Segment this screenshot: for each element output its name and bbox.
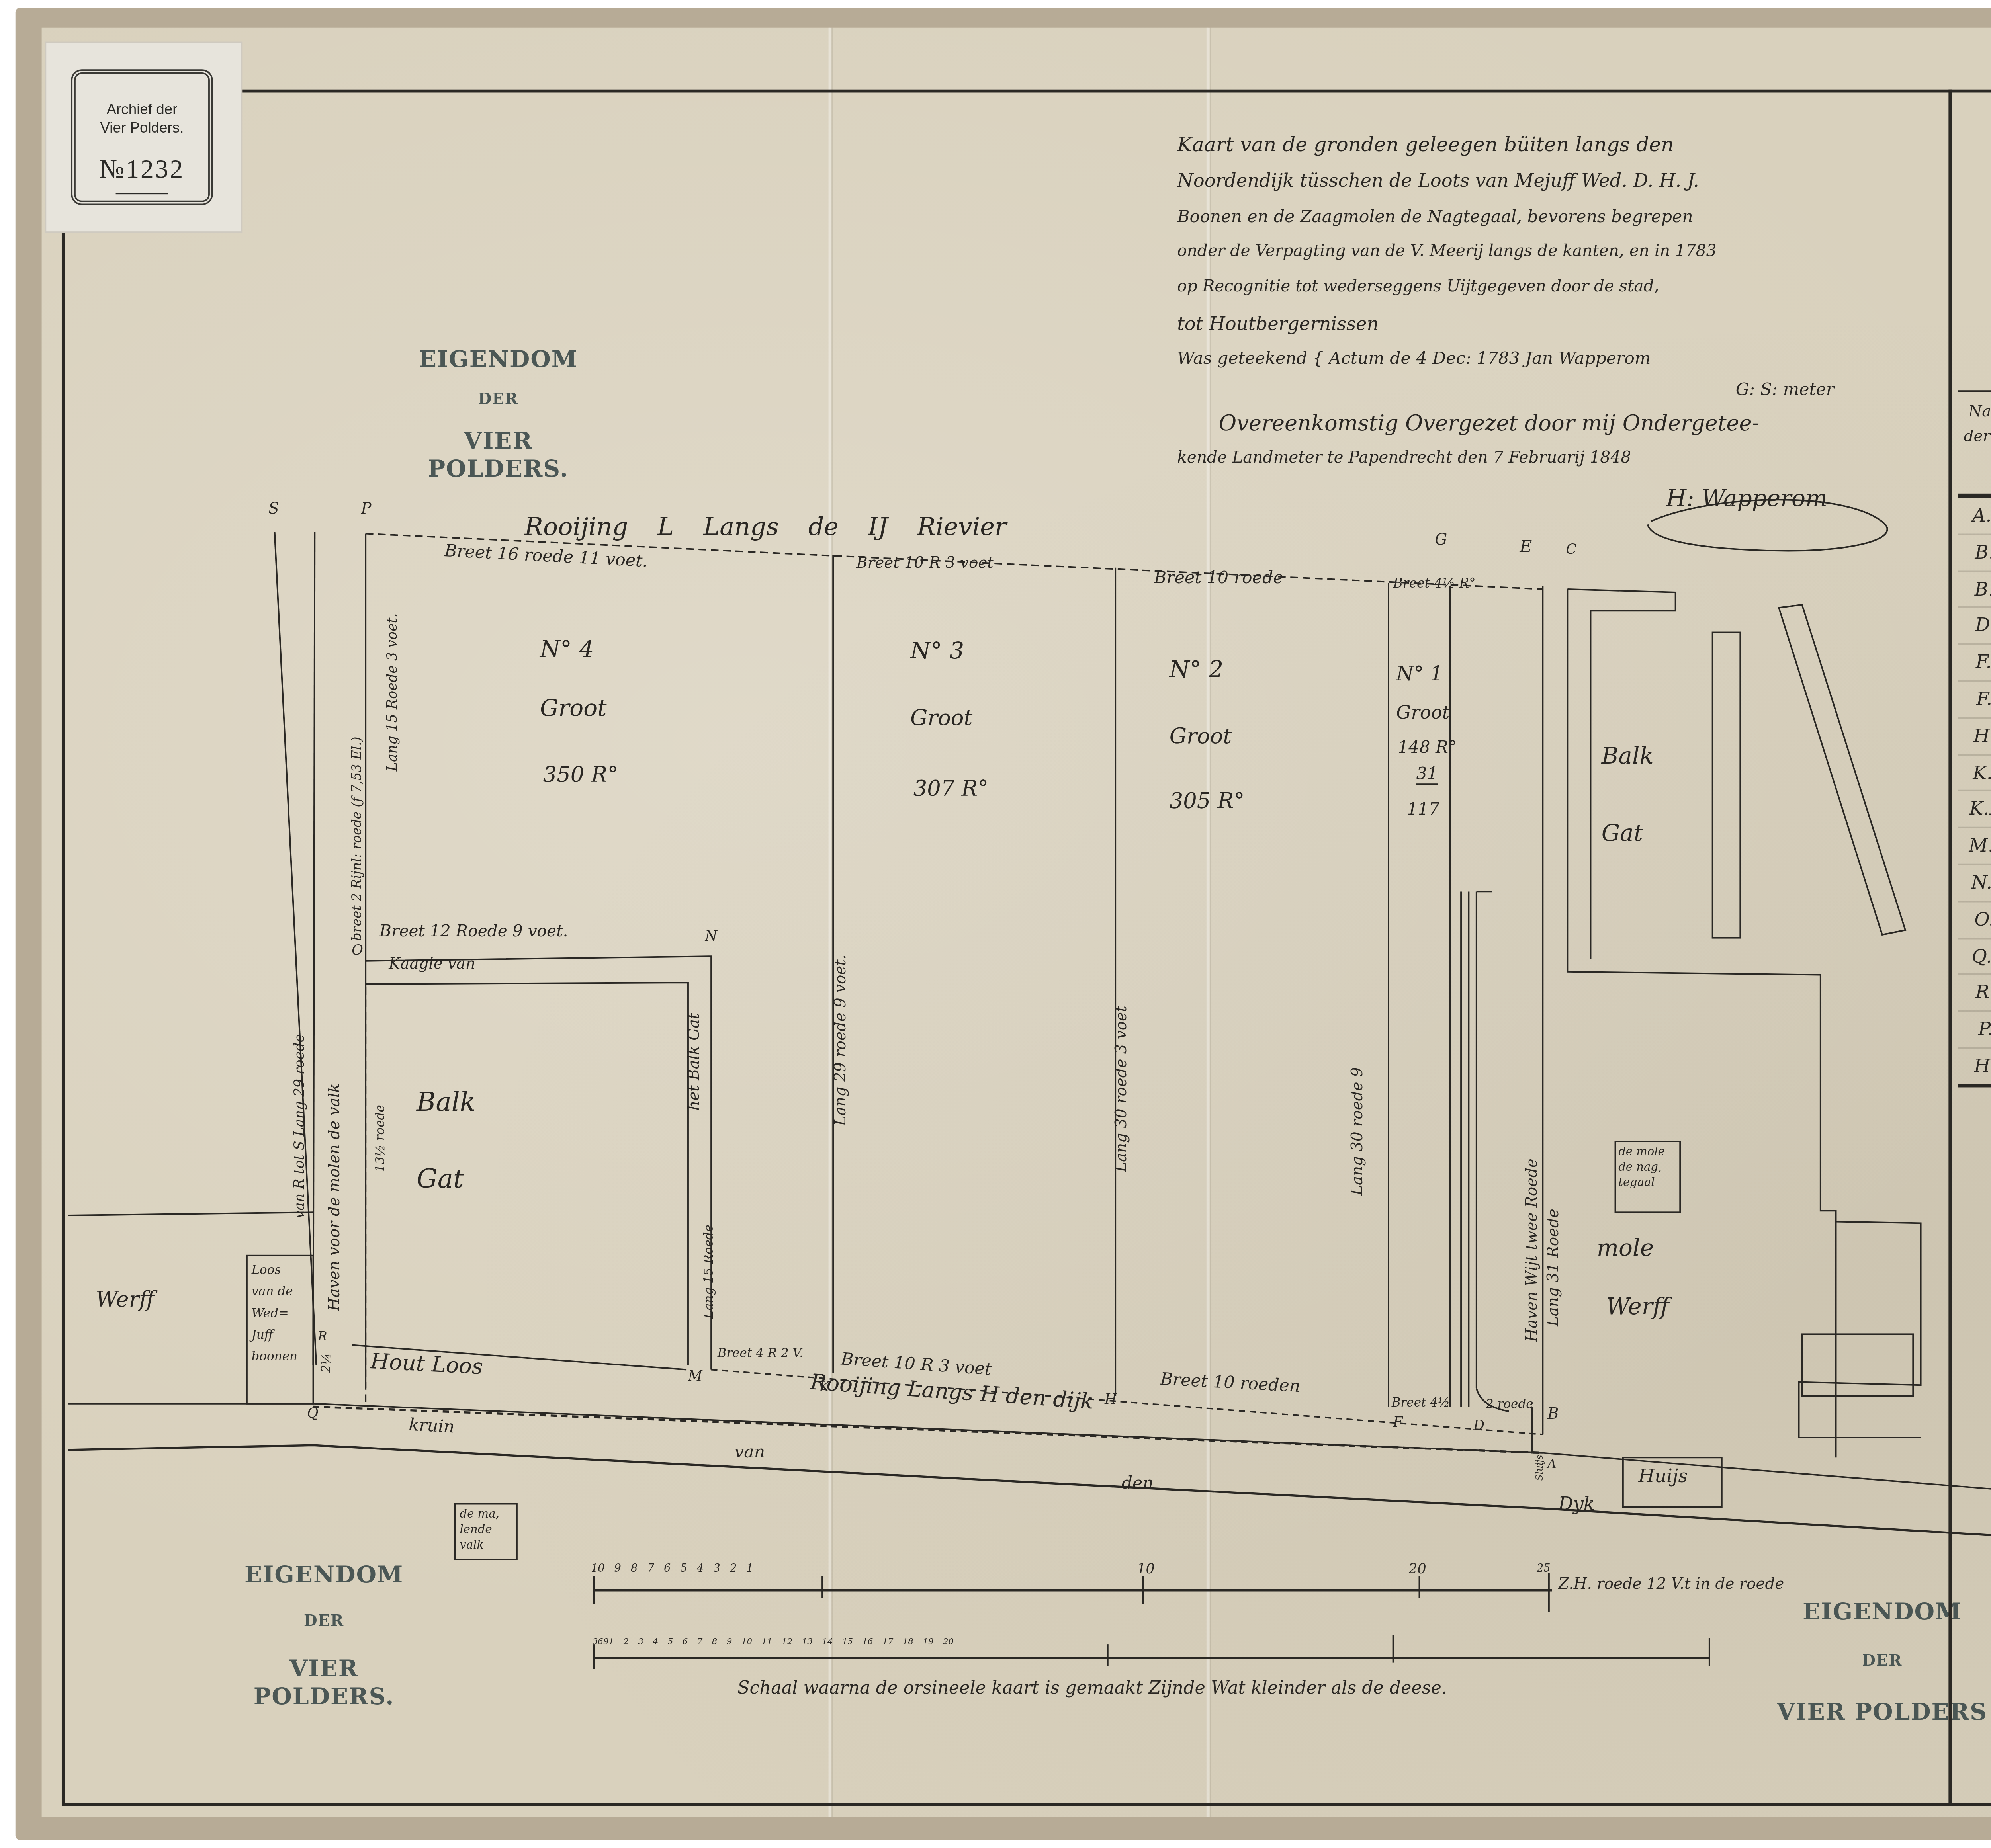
point-letter: P <box>361 501 372 518</box>
tick-label: 15 <box>842 1638 853 1647</box>
valk-line: valk <box>460 1538 499 1553</box>
plot-4-area: 350 R° <box>543 764 618 788</box>
balk-word: Balk <box>417 1064 476 1141</box>
table-row: D.F46178” <box>1958 608 1991 645</box>
table-row: P.L16116691 <box>1958 1012 1991 1049</box>
werff-word: Werff <box>1606 1277 1669 1336</box>
cell-lijn: D.F <box>1958 608 1991 643</box>
tick-label: 6 <box>598 1638 603 1647</box>
conversion-table: Herleiding der Ingeschreven maten Van de… <box>1948 90 1991 1806</box>
point-letter: Q <box>307 1407 319 1422</box>
scale-caption: Schaal waarna de orsineele kaart is gema… <box>737 1676 1447 1698</box>
conversion-table-grid: Naam der lijn Zuid Hollandsch R° voet Ne… <box>1958 390 1991 1087</box>
breet-2-rijnl-label: breet 2 Rijnl: roede (ƒ 7,53 El.) <box>350 736 366 941</box>
plot-4-number: N° 4 <box>540 635 594 663</box>
point-letter: F <box>1393 1416 1403 1432</box>
title-line: Van deze kaart <box>1952 240 1991 274</box>
kaagie-label: Kaagie van <box>389 956 475 973</box>
plot-3-lengte: Lang 29 roede 9 voet. <box>833 955 850 1126</box>
point-letter: K <box>819 1381 829 1396</box>
tick-label: 8 <box>712 1638 718 1647</box>
balk-word: Balk <box>1602 717 1654 795</box>
road-den-label: den <box>1122 1473 1154 1493</box>
plot-2-groot: Groot <box>1170 725 1232 750</box>
cell-lijn: B.C <box>1958 535 1991 570</box>
point-letter: E <box>1520 537 1532 557</box>
loos-line: Loos <box>252 1260 297 1281</box>
loos-line: boonen <box>252 1346 297 1368</box>
title-line: als van <box>1952 275 1991 303</box>
cell-lijn: K.L. <box>1958 755 1991 790</box>
cell-lijn: O.P. <box>1958 902 1991 937</box>
mole-word: mole <box>1597 1219 1669 1277</box>
cell-lijn: P.L <box>1958 1012 1991 1047</box>
table-row: O.P.1536033 <box>1958 902 1991 939</box>
table-row: F.G30912164 <box>1958 682 1991 718</box>
cell-lijn: H:K <box>1958 719 1991 754</box>
tick-label: 6 <box>664 1563 671 1575</box>
table-row: K.M.421648 <box>1958 792 1991 828</box>
loos-line: Wed= <box>252 1303 297 1325</box>
two-quarter-label: 2¼ <box>319 1353 333 1373</box>
plot-2-number: N° 2 <box>1170 656 1223 684</box>
tick-label: 20 <box>1408 1563 1426 1578</box>
tick-label: 10 <box>741 1638 752 1647</box>
tick-label: 14 <box>822 1638 833 1647</box>
het-balk-gat-label: het Balk Gat <box>686 1013 704 1110</box>
point-letter: B <box>1547 1407 1559 1424</box>
breet-12-label: Breet 12 Roede 9 voet. <box>379 922 568 941</box>
plot-3-breedte: Breet 10 R 3 voet <box>856 555 994 572</box>
table-row: N.O.1295043 <box>1958 865 1991 902</box>
point-letter: N <box>705 930 718 945</box>
tick-label: 10 <box>1137 1563 1154 1578</box>
plot-4-groot: Groot <box>540 694 607 722</box>
map-sheet: Archief der Vier Polders. №1232 Kaart va… <box>0 0 1991 1848</box>
tick-label: 4 <box>653 1638 659 1647</box>
conversion-table-title: Herleiding der Ingeschreven maten Van de… <box>1952 90 1991 303</box>
tick-label: 10 <box>591 1563 605 1575</box>
huijs-label: Huijs <box>1639 1465 1688 1487</box>
sluijs-label: Sluijs <box>1535 1455 1546 1481</box>
point-letter: M <box>688 1369 702 1385</box>
tick-label: 13 <box>802 1638 813 1647</box>
table-row: B.D2”791 <box>1958 572 1991 608</box>
tick-label: 12 <box>782 1638 792 1647</box>
tick-label: 2 <box>623 1638 629 1647</box>
scale-bar-1-caption: Z.H. roede 12 V.t in de roede <box>1558 1576 1784 1594</box>
cell-lijn: A.B. <box>1958 498 1991 533</box>
balk-gat-left-label: Balk Gat <box>417 1064 476 1218</box>
werff-left-label: Werff <box>96 1288 155 1313</box>
loos-wed-boonen-label: Loos van de Wed= Juff boonen <box>252 1260 297 1368</box>
loos-line: Juff <box>252 1325 297 1346</box>
cell-lijn: Q.R. <box>1958 939 1991 974</box>
tick-label: 7 <box>647 1563 654 1575</box>
twee-roede-label: 2 roede <box>1486 1397 1533 1411</box>
table-body: A.B.23890 B.C31”12263 B.D2”791 D.F46178”… <box>1958 498 1991 1087</box>
cell-lijn: K.M. <box>1958 792 1991 827</box>
breet-4r-label: Breet 4 R 2 V. <box>718 1346 804 1360</box>
scale-bar-2-ticks: 3691 2 3 4 5 6 7 8 9 10 11 12 13 14 15 1… <box>593 1638 954 1647</box>
tick-label: 19 <box>923 1638 933 1647</box>
van-r-tot-s-label: van R tot S Lang 29 roede <box>293 1034 309 1219</box>
header-naam-der-lijn: Naam der lijn <box>1958 392 1991 494</box>
tick-label: 1 <box>746 1563 753 1575</box>
de-malende-valk-label: de ma, lende valk <box>460 1507 499 1553</box>
table-row: R.S29”1147” <box>1958 975 1991 1012</box>
point-letter: S <box>268 501 279 518</box>
plot-1-area: 148 R° <box>1398 737 1457 757</box>
table-row: F.H103956 <box>1958 645 1991 682</box>
haven-voor-de-molen-label: Haven voor de molen de valk <box>327 1083 344 1311</box>
point-letter: A <box>1547 1457 1556 1471</box>
tick-label: 18 <box>903 1638 913 1647</box>
title-line: Herleiding <box>1952 133 1991 179</box>
plot-3-number: N° 3 <box>910 637 964 665</box>
point-letter: O <box>352 944 363 959</box>
plot-3-groot: Groot <box>910 706 972 731</box>
scale-bars <box>594 1573 1709 1669</box>
tick-label: 5 <box>680 1563 687 1575</box>
tick-label: 9 <box>614 1563 621 1575</box>
plot-1-number: N° 1 <box>1396 663 1443 686</box>
point-letter: G <box>1435 532 1447 549</box>
lang-31-label: Lang 31 Roede <box>1546 1209 1563 1326</box>
table-header: Naam der lijn Zuid Hollandsch R° voet Ne… <box>1958 390 1991 498</box>
cell-lijn: M.N. <box>1958 828 1991 863</box>
plot-1-groot: Groot <box>1396 702 1449 723</box>
title-line: maten <box>1952 207 1991 240</box>
gat-word: Gat <box>1602 794 1654 871</box>
plot-2-lengte: Lang 30 roede 3 voet <box>1114 1006 1131 1172</box>
title-line: der Ingeschreven <box>1952 176 1991 207</box>
gat-word: Gat <box>417 1141 476 1219</box>
haven-wijt-label: Haven Wijt twee Roede <box>1524 1158 1541 1342</box>
plot-1-area-net: 117 <box>1407 799 1439 819</box>
map-linework <box>0 0 1991 1848</box>
plot-1-breedte: Breet 4½ R° <box>1393 577 1476 592</box>
loos-line: van de <box>252 1282 297 1303</box>
table-row: B.C31”12263 <box>1958 535 1991 572</box>
dertien-roede-label: 13½ roede <box>374 1105 387 1172</box>
mill-line: tegaal <box>1618 1175 1665 1191</box>
tick-label: 20 <box>943 1638 954 1647</box>
tick-label: 6 <box>683 1638 688 1647</box>
tick-label: 11 <box>762 1638 773 1647</box>
lang-15-label: Lang 15 Roede <box>702 1225 716 1319</box>
kruin-label: kruin <box>408 1415 455 1437</box>
tick-label: 9 <box>603 1638 609 1647</box>
tick-label: 5 <box>668 1638 673 1647</box>
table-row: M.N.15”5934 <box>1958 828 1991 865</box>
table-row: K.L.29911768 <box>1958 755 1991 792</box>
plot-2-area: 305 R° <box>1170 790 1245 815</box>
point-letter: H <box>1105 1393 1117 1408</box>
plot-2-breedte: Breet 10 roede <box>1154 568 1283 588</box>
table-row: A.B.23890 <box>1958 498 1991 535</box>
tick-label: 3 <box>593 1638 598 1647</box>
tick-label: 9 <box>727 1638 732 1647</box>
tick-label: 1 <box>608 1638 614 1647</box>
mill-line: de nag, <box>1618 1160 1665 1176</box>
valk-line: lende <box>460 1522 499 1538</box>
tick-label: 16 <box>863 1638 873 1647</box>
cell-lijn: B.D <box>1958 572 1991 607</box>
tick-label: 3 <box>713 1563 720 1575</box>
breet-4half-label: Breet 4½ <box>1392 1396 1450 1410</box>
table-row: H:K1034054 <box>1958 719 1991 755</box>
plot-3-area: 307 R° <box>913 777 989 802</box>
tick-label: 7 <box>697 1638 703 1647</box>
tick-label: 25 <box>1537 1563 1551 1575</box>
cell-lijn: N.O. <box>1958 865 1991 900</box>
tick-label: 2 <box>730 1563 737 1575</box>
cell-lijn: H.I. <box>1958 1049 1991 1084</box>
tick-label: 17 <box>882 1638 893 1647</box>
road-van-label: van <box>734 1442 765 1462</box>
cell-lijn: R.S <box>1958 975 1991 1010</box>
point-letter: D <box>1473 1419 1484 1434</box>
tick-label: 8 <box>631 1563 638 1575</box>
river-rooijing-label: Rooijing L Langs de IJ Rievier <box>524 512 1006 541</box>
mole-werff-label: mole Werff <box>1597 1219 1669 1336</box>
point-letter: R <box>318 1330 327 1344</box>
cell-lijn: F.H <box>1958 645 1991 680</box>
scale-bar-1-minor-ticks: 10 9 8 7 6 5 4 3 2 1 <box>591 1563 753 1575</box>
plot-4-lengte: Lang 15 Roede 3 voet. <box>386 613 401 771</box>
de-mole-nagtegaal-label: de mole de nag, tegaal <box>1618 1145 1665 1191</box>
tick-label: 3 <box>638 1638 644 1647</box>
point-letter: C <box>1566 543 1577 559</box>
plot-1-area-deduction: 31 <box>1416 764 1438 785</box>
mill-line: de mole <box>1618 1145 1665 1160</box>
plot-1-lengte: Lang 30 roede 9 <box>1350 1067 1367 1196</box>
balk-gat-right-label: Balk Gat <box>1602 717 1654 871</box>
valk-line: de ma, <box>460 1507 499 1522</box>
road-dyk-label: Dyk <box>1558 1493 1595 1514</box>
tick-label: 4 <box>697 1563 704 1575</box>
cell-lijn: F.G <box>1958 682 1991 717</box>
table-row: Q.R.2389” <box>1958 939 1991 975</box>
table-row: H.I.30311966 <box>1958 1049 1991 1087</box>
